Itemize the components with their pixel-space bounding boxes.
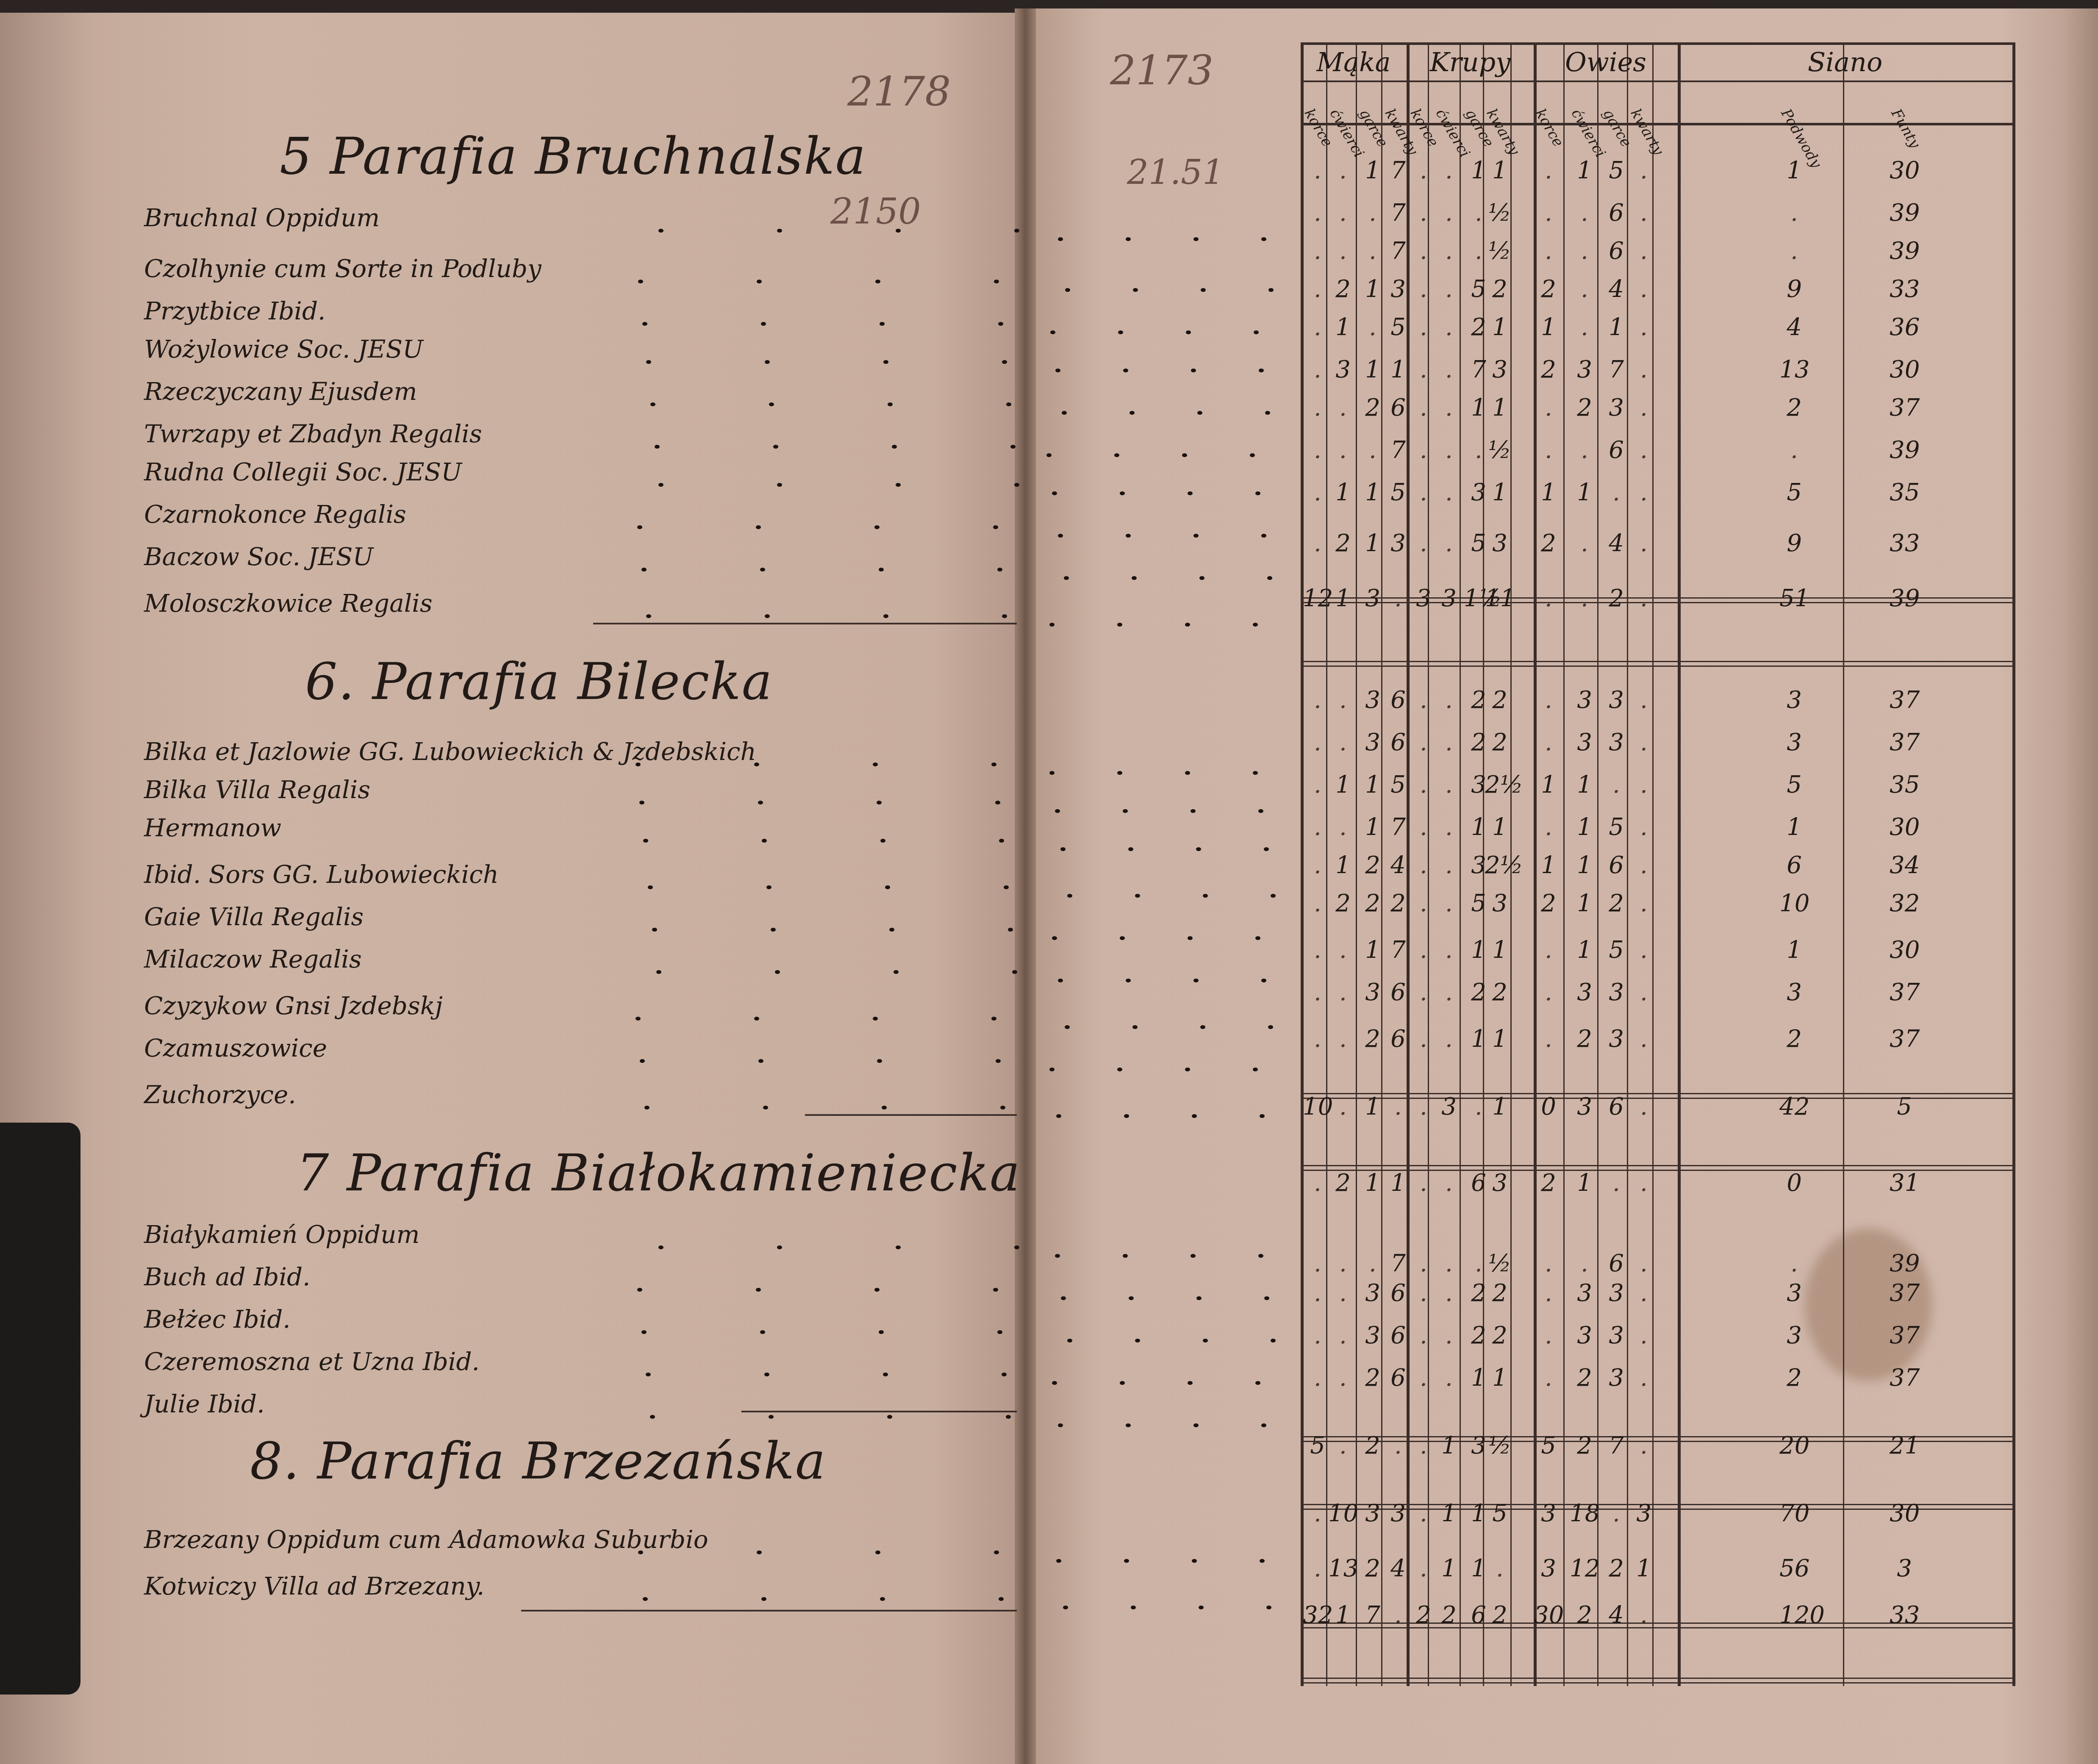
table-cell: 1 xyxy=(1328,1601,1358,1629)
table-cell: 13 xyxy=(1328,1555,1358,1582)
table-cell: . xyxy=(1328,157,1358,184)
table-cell: . xyxy=(1328,729,1358,756)
register-entry: Gaie Villa Regalis xyxy=(144,902,364,931)
table-cell: . xyxy=(1779,199,1809,227)
table-cell: . xyxy=(1328,1364,1358,1392)
table-cell: . xyxy=(1534,729,1563,756)
table-cell: 3 xyxy=(1534,1500,1563,1527)
table-cell: 32 xyxy=(1890,890,1919,917)
table-cell: . xyxy=(1534,936,1563,964)
table-cell: . xyxy=(1570,585,1599,612)
table-cell: 1 xyxy=(1485,157,1515,184)
table-cell: 4 xyxy=(1779,313,1809,341)
table-cell: 1 xyxy=(1328,851,1358,879)
table-cell: . xyxy=(1629,1601,1659,1629)
table-cell: . xyxy=(1534,979,1563,1006)
table-cell: 2 xyxy=(1485,729,1515,756)
section-title: Parafia Bruchnalska xyxy=(330,127,867,186)
table-cell: . xyxy=(1434,936,1464,964)
register-entry: Milaczow Regalis xyxy=(144,945,362,974)
table-cell: 2 xyxy=(1570,1601,1599,1629)
section-number: 7 xyxy=(297,1144,330,1203)
table-cell: . xyxy=(1434,479,1464,506)
table-cell: . xyxy=(1570,199,1599,227)
table-cell: 10 xyxy=(1328,1500,1358,1527)
table-cell: 3 xyxy=(1779,729,1809,756)
table-cell: 39 xyxy=(1890,237,1919,265)
section-title: Parafia Brzezańska xyxy=(317,1432,827,1491)
table-cell: 39 xyxy=(1890,436,1919,464)
table-cell: . xyxy=(1434,313,1464,341)
table-cell: 37 xyxy=(1890,1279,1919,1307)
table-cell: 1 xyxy=(1485,1025,1515,1053)
register-entry: Czeremoszna et Uzna Ibid. xyxy=(144,1347,480,1376)
table-cell: 3 xyxy=(1779,1279,1809,1307)
table-cell: . xyxy=(1328,936,1358,964)
table-cell: . xyxy=(1534,237,1563,265)
column-group-siano: Siano xyxy=(1678,47,2012,78)
table-cell: . xyxy=(1328,199,1358,227)
table-cell: 1 xyxy=(1570,813,1599,841)
table-cell: 2 xyxy=(1570,1432,1599,1459)
column-group-mąka: Mąka xyxy=(1301,47,1407,78)
table-cell: 3 xyxy=(1570,356,1599,383)
table-cell: 2 xyxy=(1534,890,1563,917)
table-cell: 4 xyxy=(1601,275,1631,303)
table-cell: . xyxy=(1534,1364,1563,1392)
table-cell: ½ xyxy=(1485,1250,1515,1277)
table-cell: 3 xyxy=(1601,1364,1631,1392)
table-cell: . xyxy=(1570,1250,1599,1277)
table-cell: 2 xyxy=(1779,1364,1809,1392)
table-cell: 1 xyxy=(1328,479,1358,506)
table-cell: 6 xyxy=(1601,1250,1631,1277)
section-divider xyxy=(593,623,1017,624)
table-cell: . xyxy=(1534,1025,1563,1053)
table-cell: 3 xyxy=(1485,890,1515,917)
table-cell: 9 xyxy=(1779,275,1809,303)
table-cell: . xyxy=(1534,1279,1563,1307)
table-cell: . xyxy=(1534,1322,1563,1349)
table-cell: 37 xyxy=(1890,394,1919,422)
table-cell: 37 xyxy=(1890,1025,1919,1053)
table-cell: . xyxy=(1629,275,1659,303)
table-cell: 4 xyxy=(1601,530,1631,557)
table-cell: 1 xyxy=(1779,936,1809,964)
table-cell: 12 xyxy=(1570,1555,1599,1582)
table-cell: 0 xyxy=(1779,1169,1809,1197)
register-entry: Wożylowice Soc. JESU xyxy=(144,335,423,363)
table-cell: 3 xyxy=(1328,356,1358,383)
table-cell: . xyxy=(1570,237,1599,265)
table-cell: 2 xyxy=(1485,686,1515,714)
table-cell: 30 xyxy=(1534,1601,1563,1629)
section-end-rule xyxy=(1301,661,2012,667)
table-cell: 5 xyxy=(1534,1432,1563,1459)
table-cell: 6 xyxy=(1601,199,1631,227)
table-cell: . xyxy=(1570,275,1599,303)
section-heading-7: 7 Parafia Białokamieniecka xyxy=(297,1144,1021,1203)
table-cell: 2 xyxy=(1534,275,1563,303)
table-cell: 20 xyxy=(1779,1432,1809,1459)
table-cell: 1 xyxy=(1601,313,1631,341)
table-cell: 1 xyxy=(1328,771,1358,799)
table-cell: 1 xyxy=(1570,936,1599,964)
table-cell: . xyxy=(1534,436,1563,464)
table-cell: 3 xyxy=(1534,1555,1563,1582)
table-cell: . xyxy=(1434,851,1464,879)
table-cell: 3 xyxy=(1601,1025,1631,1053)
table-cell: . xyxy=(1601,479,1631,506)
table-cell: 56 xyxy=(1779,1555,1809,1582)
table-cell: . xyxy=(1328,1432,1358,1459)
table-cell: 2 xyxy=(1601,1555,1631,1582)
table-cell: 3 xyxy=(1629,1500,1659,1527)
section-number: 5 xyxy=(280,127,313,186)
table-cell: 31 xyxy=(1890,1169,1919,1197)
table-cell: 1 xyxy=(1485,936,1515,964)
table-cell: . xyxy=(1629,890,1659,917)
table-cell: 5 xyxy=(1601,813,1631,841)
column-group-krupy: Krupy xyxy=(1407,47,1534,78)
table-cell: 13 xyxy=(1779,356,1809,383)
table-cell: 18 xyxy=(1570,1500,1599,1527)
table-cell: 2 xyxy=(1570,1364,1599,1392)
table-cell: 1 xyxy=(1485,479,1515,506)
table-cell: 1 xyxy=(1779,813,1809,841)
table-cell: 3 xyxy=(1485,1169,1515,1197)
table-cell: 3 xyxy=(1570,1279,1599,1307)
table-cell: . xyxy=(1434,1364,1464,1392)
table-cell: 39 xyxy=(1890,199,1919,227)
table-cell: 34 xyxy=(1890,851,1919,879)
register-entry: Białykamień Oppidum xyxy=(144,1220,420,1249)
table-cell: 1 xyxy=(1534,771,1563,799)
table-cell: 35 xyxy=(1890,771,1919,799)
register-entry: Molosczkowice Regalis xyxy=(144,589,433,618)
table-cell: 2 xyxy=(1485,979,1515,1006)
table-cell: . xyxy=(1434,890,1464,917)
table-cell: 3 xyxy=(1601,686,1631,714)
folio-number: 2178 xyxy=(847,68,951,115)
table-cell: . xyxy=(1434,394,1464,422)
register-entry: Julie Ibid. xyxy=(144,1390,265,1418)
table-cell: ½ xyxy=(1485,436,1515,464)
table-cell: 33 xyxy=(1890,1601,1919,1629)
table-cell: . xyxy=(1779,237,1809,265)
column-header: kwarty xyxy=(1627,106,1667,158)
table-cell: 33 xyxy=(1890,275,1919,303)
section-title: Parafia Bilecka xyxy=(372,652,773,711)
table-cell: 3 xyxy=(1779,979,1809,1006)
table-cell: . xyxy=(1629,356,1659,383)
table-cell: . xyxy=(1534,1250,1563,1277)
table-cell: 33 xyxy=(1890,530,1919,557)
table-cell: ½ xyxy=(1485,1432,1515,1459)
table-cell: 1 xyxy=(1485,813,1515,841)
section-number: 6. xyxy=(305,652,355,711)
table-cell: 2 xyxy=(1328,275,1358,303)
folio-sub-number: 2150 xyxy=(830,191,921,232)
register-entry: Brzezany Oppidum cum Adamowka Suburbio xyxy=(144,1525,708,1554)
table-cell: 1 xyxy=(1570,1169,1599,1197)
table-cell: 6 xyxy=(1601,237,1631,265)
table-cell: 2 xyxy=(1534,356,1563,383)
table-cell: 7 xyxy=(1601,1432,1631,1459)
table-cell: 2 xyxy=(1570,1025,1599,1053)
table-cell: . xyxy=(1434,771,1464,799)
table-cell: . xyxy=(1328,1025,1358,1053)
table-cell: . xyxy=(1434,1025,1464,1053)
table-cell: . xyxy=(1434,275,1464,303)
table-cell: . xyxy=(1434,157,1464,184)
table-cell: . xyxy=(1534,157,1563,184)
section-end-rule xyxy=(1301,1678,2012,1684)
register-entry: Czolhynie cum Sorte in Podluby xyxy=(144,254,541,283)
section-title: Parafia Białokamieniecka xyxy=(347,1144,1021,1203)
register-entry: Baczow Soc. JESU xyxy=(144,542,373,571)
table-cell: . xyxy=(1328,979,1358,1006)
table-cell: 10 xyxy=(1779,890,1809,917)
table-cell: 5 xyxy=(1779,771,1809,799)
section-number: 8. xyxy=(250,1432,300,1491)
book-gutter xyxy=(1015,8,1036,1764)
column-group-owies: Owies xyxy=(1534,47,1678,78)
table-cell: 2 xyxy=(1328,530,1358,557)
table-cell: 2 xyxy=(1485,1601,1515,1629)
register-entry: Czamuszowice xyxy=(144,1034,327,1062)
table-cell: 0 xyxy=(1534,1093,1563,1121)
section-heading-8: 8. Parafia Brzezańska xyxy=(250,1432,827,1491)
table-cell: 2 xyxy=(1570,394,1599,422)
table-cell: 1 xyxy=(1779,157,1809,184)
table-cell: . xyxy=(1485,1555,1515,1582)
table-cell: 3 xyxy=(1570,1322,1599,1349)
register-entry: Zuchorzyce. xyxy=(144,1080,296,1109)
table-cell: ½ xyxy=(1485,199,1515,227)
table-cell: . xyxy=(1434,813,1464,841)
table-cell: . xyxy=(1328,686,1358,714)
register-entry: Czarnokonce Regalis xyxy=(144,500,406,529)
table-cell: 37 xyxy=(1890,1364,1919,1392)
table-cell: 3 xyxy=(1779,686,1809,714)
table-cell: 3 xyxy=(1570,729,1599,756)
table-cell: 2 xyxy=(1434,1601,1464,1629)
open-ledger-book: 2178 2150 5 Parafia Bruchnalska Bruchnal… xyxy=(0,0,2098,1764)
table-cell: 3 xyxy=(1570,1093,1599,1121)
section-heading-6: 6. Parafia Bilecka xyxy=(305,652,773,711)
table-cell: . xyxy=(1629,1025,1659,1053)
table-cell: . xyxy=(1629,1279,1659,1307)
table-cell: 6 xyxy=(1601,851,1631,879)
table-cell: 42 xyxy=(1779,1093,1809,1121)
register-entry: Hermanow xyxy=(144,813,281,842)
table-cell: . xyxy=(1629,1364,1659,1392)
table-cell: 2 xyxy=(1534,1169,1563,1197)
register-entry: Kotwiczy Villa ad Brzezany. xyxy=(144,1572,484,1600)
table-cell: 3 xyxy=(1890,1555,1919,1582)
table-cell: 7 xyxy=(1601,356,1631,383)
table-cell: . xyxy=(1570,530,1599,557)
table-cell: . xyxy=(1434,530,1464,557)
table-cell: . xyxy=(1629,157,1659,184)
table-cell: . xyxy=(1434,1279,1464,1307)
table-cell: . xyxy=(1534,394,1563,422)
table-cell: 3 xyxy=(1601,1279,1631,1307)
table-cell: . xyxy=(1434,1322,1464,1349)
table-cell: 9 xyxy=(1779,530,1809,557)
table-cell: 1 xyxy=(1328,313,1358,341)
register-entry: Bilka et Jazlowie GG. Lubowieckich & Jzd… xyxy=(144,737,756,766)
table-cell: 70 xyxy=(1779,1500,1809,1527)
register-entry: Przytbice Ibid. xyxy=(144,297,325,325)
table-cell: 3 xyxy=(1434,1093,1464,1121)
table-cell: 120 xyxy=(1779,1601,1809,1629)
table-cell: . xyxy=(1779,1250,1809,1277)
table-cell: . xyxy=(1434,729,1464,756)
table-cell: 2 xyxy=(1534,530,1563,557)
table-cell: 1 xyxy=(1629,1555,1659,1582)
column-header: korce xyxy=(1532,106,1567,150)
section-divider xyxy=(805,1114,1017,1116)
table-cell: . xyxy=(1534,199,1563,227)
table-cell: . xyxy=(1601,1169,1631,1197)
table-cell: 1 xyxy=(1434,1500,1464,1527)
table-cell: 2 xyxy=(1601,890,1631,917)
table-cell: ½ xyxy=(1485,237,1515,265)
table-cell: 30 xyxy=(1890,157,1919,184)
table-cell: . xyxy=(1328,1279,1358,1307)
table-cell: . xyxy=(1434,1250,1464,1277)
table-cell: 21 xyxy=(1890,1432,1919,1459)
table-cell: . xyxy=(1434,436,1464,464)
table-cell: 1 xyxy=(1570,771,1599,799)
table-cell: 5 xyxy=(1890,1093,1919,1121)
table-cell: 3 xyxy=(1434,585,1464,612)
column-rule xyxy=(2012,42,2015,1686)
table-cell: . xyxy=(1629,851,1659,879)
table-cell: . xyxy=(1328,1250,1358,1277)
table-cell: . xyxy=(1629,1250,1659,1277)
table-cell: 1 xyxy=(1485,1364,1515,1392)
table-cell: . xyxy=(1629,979,1659,1006)
table-cell: 51 xyxy=(1779,585,1809,612)
table-cell: . xyxy=(1328,813,1358,841)
table-cell: 3 xyxy=(1601,729,1631,756)
table-cell: . xyxy=(1434,686,1464,714)
table-cell: 2½ xyxy=(1485,851,1515,879)
table-cell: 3 xyxy=(1570,686,1599,714)
table-cell: . xyxy=(1570,436,1599,464)
section-heading-5: 5 Parafia Bruchnalska xyxy=(280,127,866,186)
table-cell: 1 xyxy=(1534,313,1563,341)
table-cell: 2 xyxy=(1328,890,1358,917)
table-cell: . xyxy=(1434,199,1464,227)
table-cell: 5 xyxy=(1601,936,1631,964)
table-cell: 5 xyxy=(1601,157,1631,184)
table-cell: . xyxy=(1434,237,1464,265)
table-cell: 37 xyxy=(1890,729,1919,756)
table-cell: . xyxy=(1629,729,1659,756)
register-entry: Buch ad Ibid. xyxy=(144,1262,311,1291)
table-cell: . xyxy=(1779,436,1809,464)
table-cell: 2 xyxy=(1485,1279,1515,1307)
table-cell: 1 xyxy=(1570,851,1599,879)
table-cell: 11 xyxy=(1485,585,1515,612)
register-entry: Czyzykow Gnsi Jzdebskj xyxy=(144,991,443,1020)
table-cell: 3 xyxy=(1485,530,1515,557)
table-cell: 1 xyxy=(1485,1093,1515,1121)
table-cell: 3 xyxy=(1570,979,1599,1006)
table-cell: . xyxy=(1629,199,1659,227)
table-cell: 2 xyxy=(1601,585,1631,612)
table-cell: . xyxy=(1629,936,1659,964)
table-cell: 37 xyxy=(1890,686,1919,714)
table-cell: 1 xyxy=(1534,851,1563,879)
table-cell: 2 xyxy=(1328,1169,1358,1197)
table-cell: . xyxy=(1328,1093,1358,1121)
register-entry: Rudna Collegii Soc. JESU xyxy=(144,458,462,486)
table-cell: . xyxy=(1629,1432,1659,1459)
table-cell: 2½ xyxy=(1485,771,1515,799)
table-cell: 3 xyxy=(1601,394,1631,422)
table-cell: . xyxy=(1629,1093,1659,1121)
register-entry: Bilka Villa Regalis xyxy=(144,775,370,804)
table-cell: . xyxy=(1434,979,1464,1006)
table-cell: 5 xyxy=(1485,1500,1515,1527)
table-cell: 1 xyxy=(1328,585,1358,612)
table-cell: 36 xyxy=(1890,313,1919,341)
table-cell: . xyxy=(1629,1169,1659,1197)
table-cell: 2 xyxy=(1485,1322,1515,1349)
table-cell: 3 xyxy=(1601,1322,1631,1349)
table-cell: . xyxy=(1629,585,1659,612)
table-cell: 1 xyxy=(1485,313,1515,341)
table-cell: . xyxy=(1328,394,1358,422)
table-cell: . xyxy=(1629,771,1659,799)
table-cell: 1 xyxy=(1570,479,1599,506)
table-cell: 1 xyxy=(1485,394,1515,422)
table-cell: . xyxy=(1629,479,1659,506)
table-cell: . xyxy=(1534,813,1563,841)
table-cell: 6 xyxy=(1779,851,1809,879)
table-cell: 1 xyxy=(1434,1555,1464,1582)
table-cell: 39 xyxy=(1890,1250,1919,1277)
table-cell: . xyxy=(1629,313,1659,341)
register-entry: Ibid. Sors GG. Lubowieckich xyxy=(144,860,499,889)
folio-mark: 21.51 xyxy=(1127,153,1224,192)
table-cell: 1 xyxy=(1434,1432,1464,1459)
table-cell: 39 xyxy=(1890,585,1919,612)
table-cell: . xyxy=(1629,1322,1659,1349)
table-cell: 37 xyxy=(1890,979,1919,1006)
table-cell: . xyxy=(1570,313,1599,341)
table-cell: 30 xyxy=(1890,1500,1919,1527)
column-header: Funty xyxy=(1887,106,1923,151)
table-cell: . xyxy=(1629,436,1659,464)
table-cell: . xyxy=(1328,436,1358,464)
register-entry: Rzeczyczany Ejusdem xyxy=(144,377,417,406)
table-cell: . xyxy=(1629,394,1659,422)
section-divider xyxy=(741,1411,1017,1412)
table-cell: 2 xyxy=(1779,1025,1809,1053)
table-cell: 35 xyxy=(1890,479,1919,506)
register-entry: Bełżec Ibid. xyxy=(144,1305,291,1334)
table-cell: . xyxy=(1601,771,1631,799)
table-cell: 37 xyxy=(1890,1322,1919,1349)
tally-table: MąkaKrupyOwiesSianokorcećwiercigarcekwar… xyxy=(1301,42,2012,1686)
table-cell: . xyxy=(1434,1169,1464,1197)
